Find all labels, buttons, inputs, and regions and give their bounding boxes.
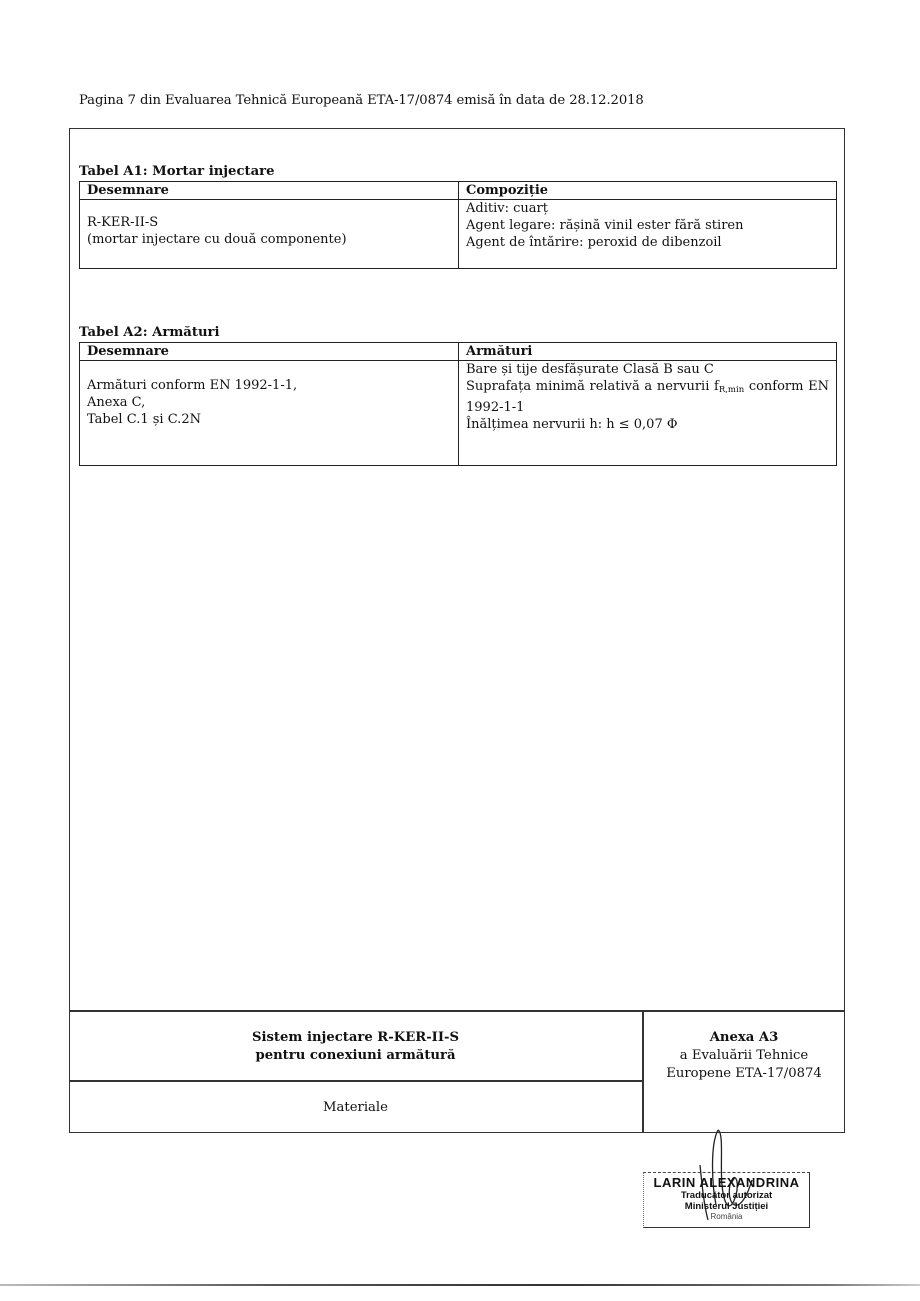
composition-line: Aditiv: cuarț [466, 200, 829, 217]
table-a1-title: Tabel A1: Mortar injectare [79, 164, 274, 179]
footer-annex: Anexa A3 a Evaluării Tehnice Europene ET… [643, 1029, 845, 1083]
footer-section: Materiale [69, 1099, 642, 1117]
rib-area-text: Suprafața minimă relativă a nervurii f [466, 379, 719, 394]
table-a2-rebars-cell: Bare și tije desfășurate Clasă B sau C S… [459, 361, 837, 466]
rib-area-subscript: R,min [719, 385, 744, 395]
stamp-role: Traducător autorizat [644, 1190, 809, 1201]
footer-product-line: Sistem injectare R-KER-II-S [69, 1029, 642, 1047]
table-a1-composition-cell: Aditiv: cuarț Agent legare: rășină vinil… [459, 200, 837, 269]
footer-product: Sistem injectare R-KER-II-S pentru conex… [69, 1029, 642, 1065]
table-a1-header-composition: Compoziție [459, 182, 837, 200]
table-a2-designation-cell: Armături conform EN 1992-1-1, Anexa C, T… [80, 361, 459, 466]
table-a2-title: Tabel A2: Armături [79, 325, 220, 340]
composition-line: Agent de întărire: peroxid de dibenzoil [466, 234, 829, 251]
table-a2-header-designation: Desemnare [80, 343, 459, 361]
footer-product-line: pentru conexiuni armătură [69, 1047, 642, 1065]
designation-line: (mortar injectare cu două componente) [87, 231, 451, 248]
stamp-name: LARIN ALEXANDRINA [644, 1175, 809, 1190]
composition-line: Agent legare: rășină vinil ester fără st… [466, 217, 829, 234]
rebar-line: Înălțimea nervurii h: h ≤ 0,07 Φ [466, 416, 829, 433]
stamp-country: România [644, 1212, 809, 1221]
table-a2: Desemnare Armături Armături conform EN 1… [79, 342, 837, 466]
table-a1-header-designation: Desemnare [80, 182, 459, 200]
page-frame [69, 128, 845, 1133]
footer-mid-rule [69, 1080, 642, 1082]
footer-top-rule [69, 1010, 845, 1012]
scan-edge-rule [0, 1284, 920, 1286]
table-a1-designation-cell: R-KER-II-S (mortar injectare cu două com… [80, 200, 459, 269]
table-a2-header-rebars: Armături [459, 343, 837, 361]
table-a1: Desemnare Compoziție R-KER-II-S (mortar … [79, 181, 837, 269]
designation-line: Tabel C.1 și C.2N [87, 411, 451, 428]
designation-line: R-KER-II-S [87, 214, 451, 231]
annex-title: Anexa A3 [643, 1029, 845, 1047]
annex-line: Europene ETA-17/0874 [643, 1065, 845, 1083]
rebar-line-rib-area: Suprafața minimă relativă a nervurii fR,… [466, 378, 829, 416]
designation-line: Anexa C, [87, 394, 451, 411]
annex-line: a Evaluării Tehnice [643, 1047, 845, 1065]
rebar-line: Bare și tije desfășurate Clasă B sau C [466, 361, 829, 378]
page-header: Pagina 7 din Evaluarea Tehnică Europeană… [79, 93, 644, 108]
translator-stamp: LARIN ALEXANDRINA Traducător autorizat M… [643, 1172, 810, 1228]
stamp-institution: Ministerul Justiției [644, 1201, 809, 1212]
designation-line: Armături conform EN 1992-1-1, [87, 377, 451, 394]
